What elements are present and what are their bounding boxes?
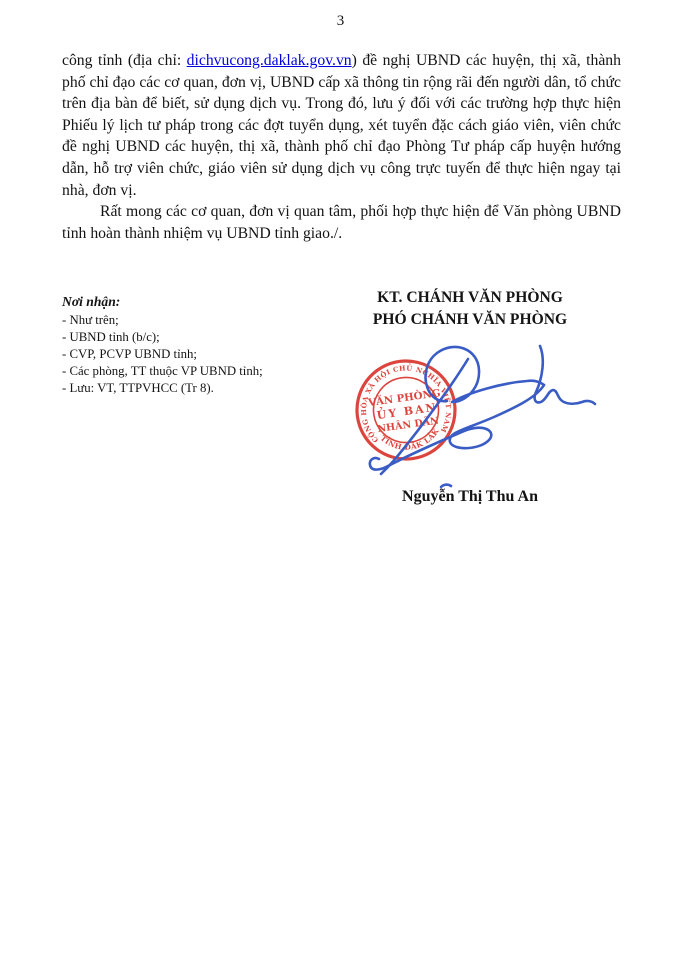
recipient-item: - Như trên; <box>62 312 263 329</box>
paragraph-1-prefix: công tỉnh (địa chỉ: <box>62 52 187 69</box>
stamp-ring-text-top: CỘNG HÒA XÃ HỘI CHỦ NGHĨA VIỆT NAM <box>354 357 457 445</box>
signature-title-block: KT. CHÁNH VĂN PHÒNG PHÓ CHÁNH VĂN PHÒNG <box>340 287 600 330</box>
document-body: công tỉnh (địa chỉ: dichvucong.daklak.go… <box>62 50 621 244</box>
portal-link[interactable]: dichvucong.daklak.gov.vn <box>187 52 352 69</box>
stamp-center-line1: VĂN PHÒNG <box>366 385 441 409</box>
svg-text:CỘNG HÒA XÃ HỘI CHỦ NGHĨA VIỆT: CỘNG HÒA XÃ HỘI CHỦ NGHĨA VIỆT NAM <box>354 357 457 445</box>
signer-name: Nguyễn Thị Thu An <box>340 488 600 506</box>
stamp-center-line2: ỦY BAN <box>376 399 439 422</box>
recipients-heading: Nơi nhận: <box>62 293 263 310</box>
document-page: 3 công tỉnh (địa chỉ: dichvucong.daklak.… <box>0 0 681 977</box>
recipient-item: - CVP, PCVP UBND tỉnh; <box>62 346 263 363</box>
stamp-center-line3: NHÂN DÂN <box>377 415 440 436</box>
recipient-item: - Lưu: VT, TTPVHCC (Tr 8). <box>62 380 263 397</box>
signature-title-line1: KT. CHÁNH VĂN PHÒNG <box>340 287 600 309</box>
signature-title-line2: PHÓ CHÁNH VĂN PHÒNG <box>340 309 600 331</box>
paragraph-1-suffix: ) đề nghị UBND các huyện, thị xã, thành … <box>62 52 621 199</box>
official-stamp-icon: CỘNG HÒA XÃ HỘI CHỦ NGHĨA VIỆT NAM ★ TỈN… <box>320 333 461 493</box>
paragraph-1: công tỉnh (địa chỉ: dichvucong.daklak.go… <box>62 50 621 201</box>
svg-text:★ TỈNH ĐẮK LẮK ★: ★ TỈNH ĐẮK LẮK ★ <box>320 333 445 493</box>
stamp-and-signature: CỘNG HÒA XÃ HỘI CHỦ NGHĨA VIỆT NAM ★ TỈN… <box>320 333 620 493</box>
stamp-ring-text-bottom: ★ TỈNH ĐẮK LẮK ★ <box>320 333 445 493</box>
recipient-item: - Các phòng, TT thuộc VP UBND tỉnh; <box>62 363 263 380</box>
paragraph-2: Rất mong các cơ quan, đơn vị quan tâm, p… <box>62 201 621 244</box>
page-number: 3 <box>0 13 681 30</box>
handwritten-signature <box>370 346 595 487</box>
recipients-block: Nơi nhận: - Như trên; - UBND tỉnh (b/c);… <box>62 293 263 397</box>
recipient-item: - UBND tỉnh (b/c); <box>62 329 263 346</box>
